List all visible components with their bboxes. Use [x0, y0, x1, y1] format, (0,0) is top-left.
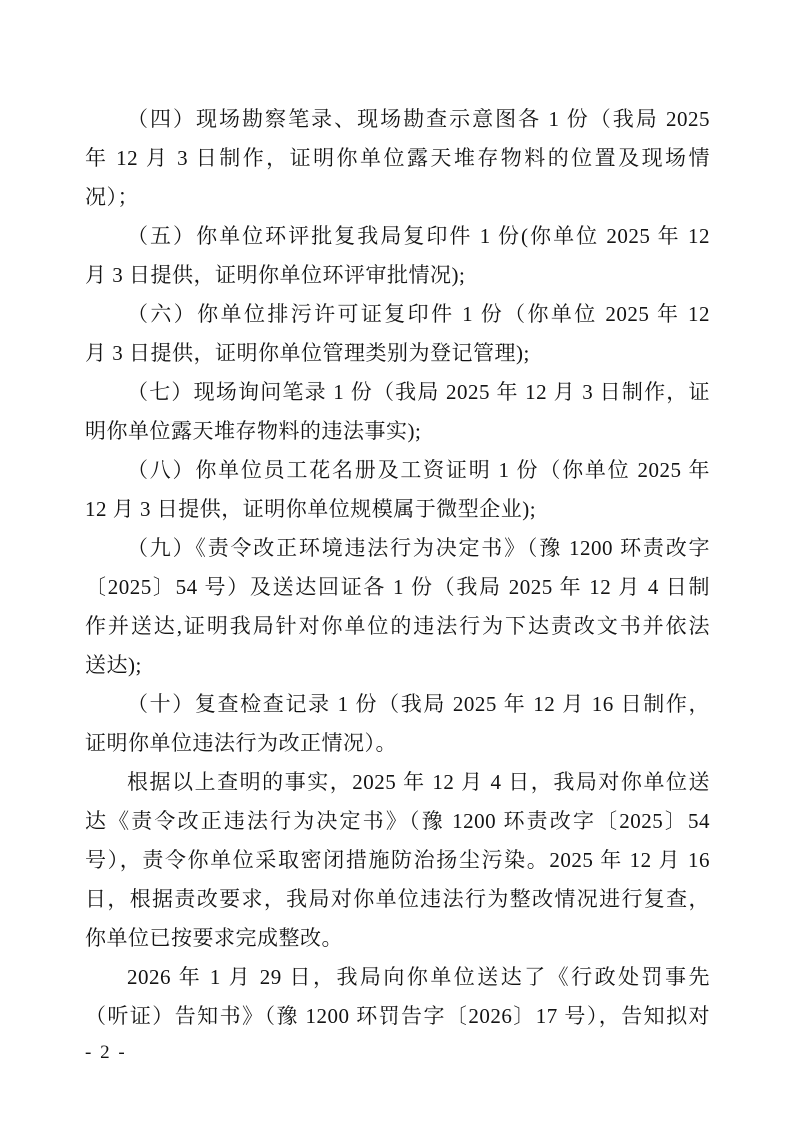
text-line: 明你单位露天堆存物料的违法事实); — [85, 412, 710, 451]
page-footer: - 2 - — [85, 1040, 127, 1066]
evidence-item-10: （十）复查检查记录 1 份（我局 2025 年 12 月 16 日制作，证明你单… — [85, 685, 710, 763]
text-line: （四）现场勘察笔录、现场勘查示意图各 1 份（我局 2025 — [85, 100, 710, 139]
text-line: 送达); — [85, 646, 710, 685]
text-line: （十）复查检查记录 1 份（我局 2025 年 12 月 16 日制作， — [85, 685, 710, 724]
page-number: - 2 - — [85, 1042, 127, 1063]
evidence-item-5: （五）你单位环评批复我局复印件 1 份(你单位 2025 年 12月 3 日提供… — [85, 217, 710, 295]
text-line: 根据以上查明的事实，2025 年 12 月 4 日，我局对你单位送 — [85, 763, 710, 802]
facts-conclusion-paragraph: 根据以上查明的事实，2025 年 12 月 4 日，我局对你单位送达《责令改正违… — [85, 763, 710, 958]
text-line: 日，根据责改要求，我局对你单位违法行为整改情况进行复查， — [85, 880, 710, 919]
text-line: 年 12 月 3 日制作，证明你单位露天堆存物料的位置及现场情 — [85, 139, 710, 178]
text-line: （九）《责令改正环境违法行为决定书》（豫 1200 环责改字 — [85, 529, 710, 568]
evidence-item-4: （四）现场勘察笔录、现场勘查示意图各 1 份（我局 2025年 12 月 3 日… — [85, 100, 710, 217]
document-page: （四）现场勘察笔录、现场勘查示意图各 1 份（我局 2025年 12 月 3 日… — [0, 0, 793, 1122]
text-line: 证明你单位违法行为改正情况）。 — [85, 724, 710, 763]
text-line: 作并送达,证明我局针对你单位的违法行为下达责改文书并依法 — [85, 607, 710, 646]
prior-notice-paragraph: 2026 年 1 月 29 日，我局向你单位送达了《行政处罚事先（听证）告知书》… — [85, 958, 710, 1036]
text-line: 达《责令改正违法行为决定书》（豫 1200 环责改字〔2025〕54 — [85, 802, 710, 841]
text-line: 〔2025〕54 号）及送达回证各 1 份（我局 2025 年 12 月 4 日… — [85, 568, 710, 607]
text-line: 月 3 日提供，证明你单位环评审批情况); — [85, 256, 710, 295]
text-line: 2026 年 1 月 29 日，我局向你单位送达了《行政处罚事先 — [85, 958, 710, 997]
text-line: 12 月 3 日提供，证明你单位规模属于微型企业); — [85, 490, 710, 529]
text-line: （六）你单位排污许可证复印件 1 份（你单位 2025 年 12 — [85, 295, 710, 334]
text-line: 你单位已按要求完成整改。 — [85, 919, 710, 958]
evidence-item-6: （六）你单位排污许可证复印件 1 份（你单位 2025 年 12月 3 日提供，… — [85, 295, 710, 373]
text-line: （七）现场询问笔录 1 份（我局 2025 年 12 月 3 日制作，证 — [85, 373, 710, 412]
text-line: 号），责令你单位采取密闭措施防治扬尘污染。2025 年 12 月 16 — [85, 841, 710, 880]
evidence-item-7: （七）现场询问笔录 1 份（我局 2025 年 12 月 3 日制作，证明你单位… — [85, 373, 710, 451]
text-line: 况）； — [85, 178, 710, 217]
text-line: 月 3 日提供，证明你单位管理类别为登记管理); — [85, 334, 710, 373]
evidence-item-9: （九）《责令改正环境违法行为决定书》（豫 1200 环责改字〔2025〕54 号… — [85, 529, 710, 685]
text-line: （八）你单位员工花名册及工资证明 1 份（你单位 2025 年 — [85, 451, 710, 490]
text-line: （五）你单位环评批复我局复印件 1 份(你单位 2025 年 12 — [85, 217, 710, 256]
document-body: （四）现场勘察笔录、现场勘查示意图各 1 份（我局 2025年 12 月 3 日… — [85, 100, 710, 1036]
text-line: （听证）告知书》（豫 1200 环罚告字〔2026〕17 号），告知拟对 — [85, 997, 710, 1036]
evidence-item-8: （八）你单位员工花名册及工资证明 1 份（你单位 2025 年12 月 3 日提… — [85, 451, 710, 529]
